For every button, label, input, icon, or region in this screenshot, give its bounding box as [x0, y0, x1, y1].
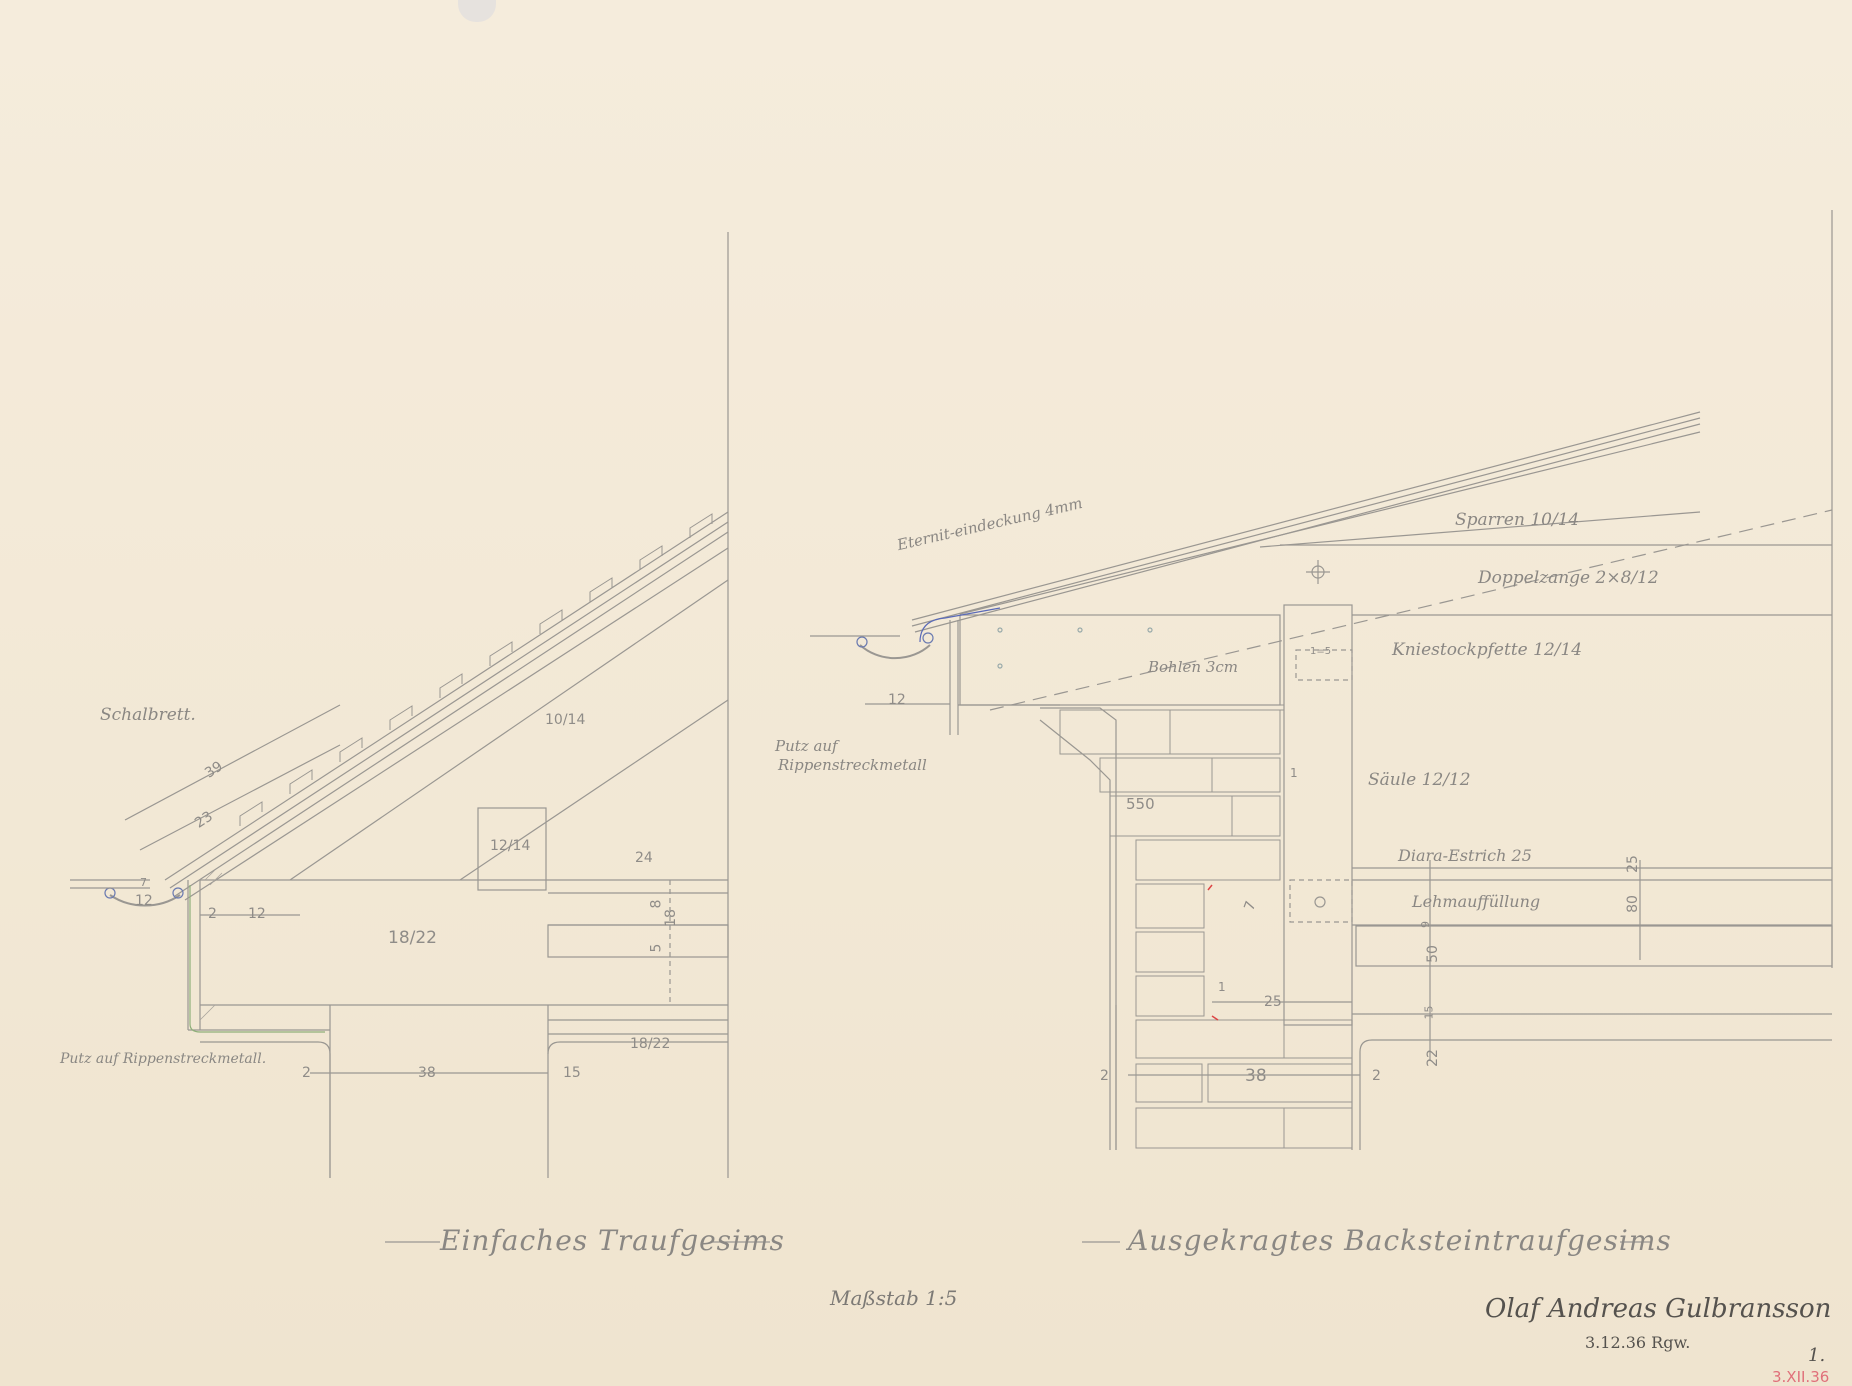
scale-label: Maßstab 1:5	[830, 1286, 957, 1310]
dim-12: 12	[248, 906, 266, 922]
dim-38: 38	[418, 1065, 436, 1081]
dim-22: 22	[1425, 1049, 1441, 1067]
dim-24: 24	[635, 850, 653, 866]
dim-bolt: 1=5	[1310, 646, 1331, 657]
dim-2-left: 2	[208, 906, 217, 922]
dim-18: 18	[663, 909, 679, 927]
dim-2-right-left: 2	[1100, 1068, 1109, 1084]
dim-9: 9	[1419, 921, 1432, 928]
dim-38-right: 38	[1245, 1066, 1267, 1086]
dim-rafter: 10/14	[545, 712, 585, 728]
sheet-number: 1.	[1808, 1345, 1825, 1366]
dim-1-upper: 1	[1290, 766, 1298, 780]
dim-550: 550	[1126, 795, 1155, 813]
signature-date: 3.12.36 Rgw.	[1585, 1333, 1690, 1352]
dim-8: 8	[648, 900, 664, 909]
dim-2-right-right: 2	[1372, 1068, 1381, 1084]
label-doppelzange: Doppelzange 2×8/12	[1478, 568, 1659, 588]
label-sparren: Sparren 10/14	[1455, 510, 1579, 530]
dim-estrich-25: 25	[1625, 855, 1641, 873]
dim-1-lower: 1	[1218, 980, 1226, 994]
title-left-detail: Einfaches Traufgesims	[440, 1224, 785, 1257]
dim-gutter-right: 12	[888, 692, 906, 708]
dim-25: 25	[1264, 994, 1282, 1010]
title-right-detail: Ausgekragtes Backsteintraufgesims	[1128, 1224, 1672, 1257]
label-schalbrett: Schalbrett.	[100, 705, 196, 725]
dim-2-bottom: 2	[302, 1065, 311, 1081]
dim-15-right: 15	[1423, 1006, 1436, 1020]
label-putz-left: Putz auf Rippenstreckmetall.	[60, 1050, 290, 1068]
label-pfette: Kniestockpfette 12/14	[1392, 640, 1582, 660]
label-putz-right-2: Rippenstreckmetall	[778, 756, 927, 774]
label-saeule: Säule 12/12	[1368, 770, 1471, 790]
label-putz-right-1: Putz auf	[775, 737, 838, 755]
date-stamp: 3.XII.36	[1772, 1368, 1829, 1386]
dim-wall-plate: 12/14	[490, 838, 530, 854]
label-auffuellung: Lehmauffüllung	[1412, 892, 1540, 911]
dim-5: 5	[648, 944, 664, 953]
dim-gutter: 12	[135, 893, 153, 909]
label-bohlen: Bohlen 3cm	[1148, 658, 1238, 676]
right-eave-detail	[810, 210, 1832, 1150]
dim-80: 80	[1625, 895, 1641, 913]
dim-beam: 18/22	[388, 928, 437, 948]
dim-gutter-top: 7	[140, 876, 147, 889]
dim-50: 50	[1425, 945, 1441, 963]
dim-15: 15	[563, 1065, 581, 1081]
signature: Olaf Andreas Gulbransson	[1485, 1294, 1831, 1324]
architectural-drawing	[0, 0, 1852, 1386]
dim-beam-2: 18/22	[630, 1036, 670, 1052]
label-estrich: Diara-Estrich 25	[1398, 846, 1532, 865]
